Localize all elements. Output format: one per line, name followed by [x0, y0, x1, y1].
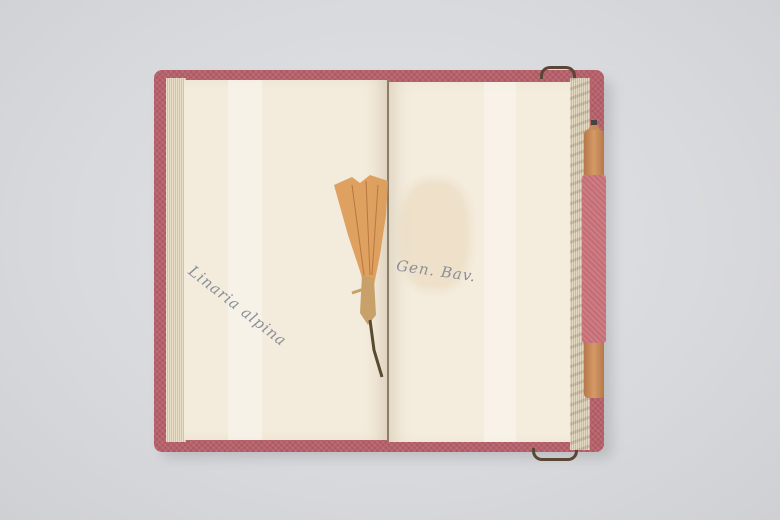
- left-page-edges: [166, 78, 186, 442]
- pencil-lead: [591, 120, 597, 125]
- pressed-flower-icon: [330, 175, 400, 385]
- pencil-loop: [582, 175, 606, 343]
